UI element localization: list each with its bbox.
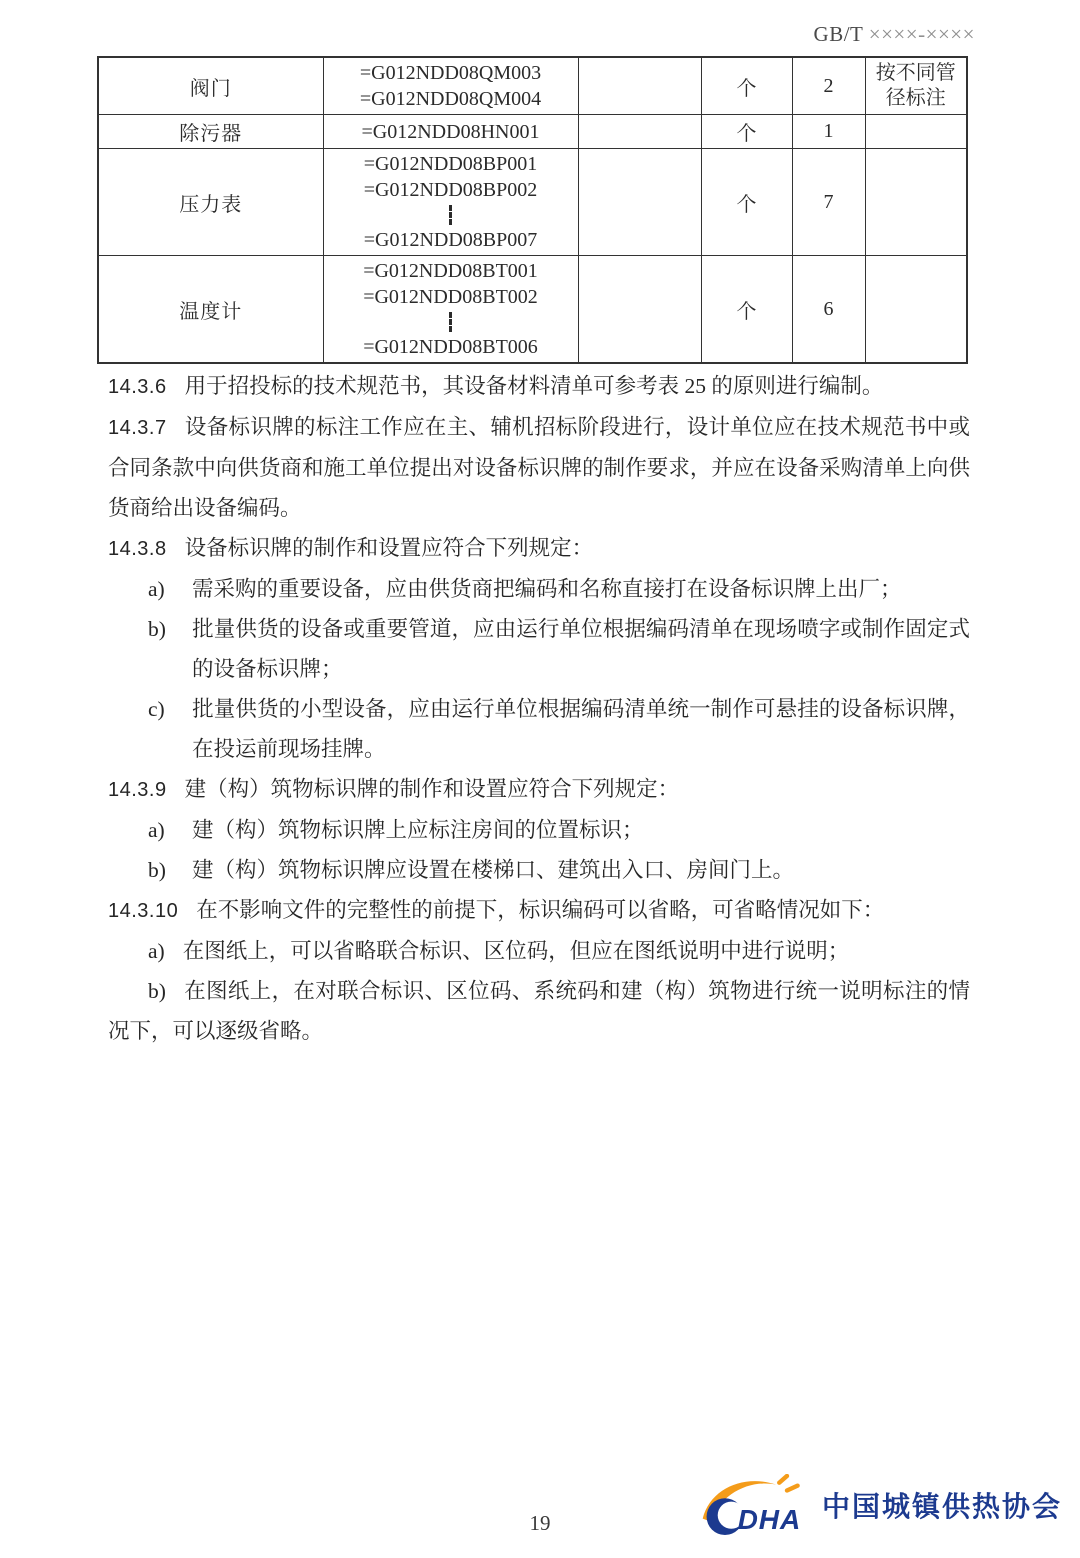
table-row-valve: 阀门 =G012NDD08QM003 =G012NDD08QM004 个 2 按…	[98, 57, 967, 115]
code-cell: =G012NDD08BT001 =G012NDD08BT002 =G012NDD…	[323, 256, 578, 364]
clause-14-3-9: 14.3.9建（构）筑物标识牌的制作和设置应符合下列规定：	[108, 769, 970, 810]
item-marker: b)	[148, 609, 192, 649]
note-cell	[865, 256, 967, 364]
item-text: 批量供货的设备或重要管道，应由运行单位根据编码清单在现场喷字或制作固定式的设备标…	[192, 617, 970, 681]
list-item-a: a)建（构）筑物标识牌上应标注房间的位置标识；	[108, 810, 970, 850]
ellipsis-dots-icon	[449, 205, 452, 225]
list-item-b: b)在图纸上，在对联合标识、区位码、系统码和建（构）筑物进行统一说明标注的情况下…	[108, 971, 970, 1051]
clause-14-3-7: 14.3.7设备标识牌的标注工作应在主、辅机招标阶段进行，设计单位应在技术规范书…	[108, 407, 970, 528]
unit-cell: 个	[701, 256, 792, 364]
list-item-c: c)批量供货的小型设备，应由运行单位根据编码清单统一制作可悬挂的设备标识牌，在投…	[108, 689, 970, 769]
unit-cell: 个	[701, 149, 792, 256]
equipment-table: 阀门 =G012NDD08QM003 =G012NDD08QM004 个 2 按…	[97, 56, 968, 364]
item-marker: a)	[148, 939, 165, 963]
note-cell: 按不同管径标注	[865, 57, 967, 115]
blank-cell	[578, 115, 701, 149]
item-marker: a)	[148, 569, 192, 609]
clause-number: 14.3.9	[108, 779, 167, 801]
clause-content: 14.3.6用于招投标的技术规范书，其设备材料清单可参考表 25 的原则进行编制…	[108, 366, 970, 1051]
association-logo: DHA 中国城镇供热协会	[696, 1474, 1062, 1536]
name-cell: 除污器	[98, 115, 323, 149]
code-line: =G012NDD08BP002	[328, 177, 574, 203]
item-marker: b)	[148, 850, 192, 890]
unit-cell: 个	[701, 115, 792, 149]
code-cell: =G012NDD08BP001 =G012NDD08BP002 =G012NDD…	[323, 149, 578, 256]
clause-number: 14.3.10	[108, 900, 178, 922]
item-marker: c)	[148, 689, 192, 729]
quantity-cell: 7	[792, 149, 865, 256]
clause-text: 设备标识牌的制作和设置应符合下列规定：	[185, 536, 594, 560]
code-line: =G012NDD08QM003	[328, 60, 574, 86]
clause-number: 14.3.8	[108, 538, 167, 560]
clause-text: 用于招投标的技术规范书，其设备材料清单可参考表 25 的原则进行编制。	[185, 374, 884, 398]
list-item-a: a)在图纸上，可以省略联合标识、区位码，但应在图纸说明中进行说明；	[108, 931, 970, 971]
item-marker: b)	[148, 979, 166, 1003]
clause-text: 在不影响文件的完整性的前提下，标识编码可以省略，可省略情况如下：	[196, 898, 884, 922]
name-cell: 压力表	[98, 149, 323, 256]
svg-text:DHA: DHA	[738, 1504, 802, 1535]
blank-cell	[578, 256, 701, 364]
table-row-pressure-gauge: 压力表 =G012NDD08BP001 =G012NDD08BP002 =G01…	[98, 149, 967, 256]
code-line: =G012NDD08BP007	[328, 227, 574, 253]
list-item-a: a)需采购的重要设备，应由供货商把编码和名称直接打在设备标识牌上出厂；	[108, 569, 970, 609]
cdha-logo-icon: DHA	[696, 1474, 814, 1536]
item-text: 需采购的重要设备，应由供货商把编码和名称直接打在设备标识牌上出厂；	[192, 577, 902, 601]
quantity-cell: 6	[792, 256, 865, 364]
note-cell	[865, 115, 967, 149]
clause-number: 14.3.7	[108, 417, 167, 439]
ellipsis-dots-icon	[449, 312, 452, 332]
table-row-thermometer: 温度计 =G012NDD08BT001 =G012NDD08BT002 =G01…	[98, 256, 967, 364]
code-line: =G012NDD08BT001	[328, 258, 574, 284]
code-cell: =G012NDD08HN001	[323, 115, 578, 149]
clause-text: 设备标识牌的标注工作应在主、辅机招标阶段进行，设计单位应在技术规范书中或合同条款…	[108, 415, 970, 520]
name-cell: 温度计	[98, 256, 323, 364]
unit-cell: 个	[701, 57, 792, 115]
list-item-b: b)建（构）筑物标识牌应设置在楼梯口、建筑出入口、房间门上。	[108, 850, 970, 890]
code-line: =G012NDD08BP001	[328, 151, 574, 177]
name-cell: 阀门	[98, 57, 323, 115]
table-row-strainer: 除污器 =G012NDD08HN001 个 1	[98, 115, 967, 149]
clause-14-3-10: 14.3.10在不影响文件的完整性的前提下，标识编码可以省略，可省略情况如下：	[108, 890, 970, 931]
quantity-cell: 2	[792, 57, 865, 115]
item-text: 批量供货的小型设备，应由运行单位根据编码清单统一制作可悬挂的设备标识牌，在投运前…	[192, 697, 970, 761]
code-line: =G012NDD08BT006	[328, 334, 574, 360]
quantity-cell: 1	[792, 115, 865, 149]
code-line: =G012NDD08QM004	[328, 86, 574, 112]
list-item-b: b)批量供货的设备或重要管道，应由运行单位根据编码清单在现场喷字或制作固定式的设…	[108, 609, 970, 689]
standard-number: ××××-××××	[869, 22, 975, 46]
clause-14-3-6: 14.3.6用于招投标的技术规范书，其设备材料清单可参考表 25 的原则进行编制…	[108, 366, 970, 407]
standard-prefix: GB/T	[814, 22, 869, 46]
item-marker: a)	[148, 810, 192, 850]
item-text: 建（构）筑物标识牌应设置在楼梯口、建筑出入口、房间门上。	[192, 858, 794, 882]
code-cell: =G012NDD08QM003 =G012NDD08QM004	[323, 57, 578, 115]
document-page: GB/T ××××-×××× 阀门 =G012NDD08QM003 =G012N…	[0, 0, 1080, 1558]
standard-code-header: GB/T ××××-××××	[814, 22, 975, 47]
blank-cell	[578, 149, 701, 256]
item-text: 在图纸上，在对联合标识、区位码、系统码和建（构）筑物进行统一说明标注的情况下，可…	[108, 979, 970, 1043]
code-line: =G012NDD08HN001	[328, 119, 574, 145]
item-text: 在图纸上，可以省略联合标识、区位码，但应在图纸说明中进行说明；	[183, 939, 850, 963]
org-name: 中国城镇供热协会	[822, 1485, 1062, 1525]
blank-cell	[578, 57, 701, 115]
code-line: =G012NDD08BT002	[328, 284, 574, 310]
clause-number: 14.3.6	[108, 376, 167, 398]
item-text: 建（构）筑物标识牌上应标注房间的位置标识；	[192, 818, 644, 842]
clause-14-3-8: 14.3.8设备标识牌的制作和设置应符合下列规定：	[108, 528, 970, 569]
note-cell	[865, 149, 967, 256]
clause-text: 建（构）筑物标识牌的制作和设置应符合下列规定：	[185, 777, 680, 801]
